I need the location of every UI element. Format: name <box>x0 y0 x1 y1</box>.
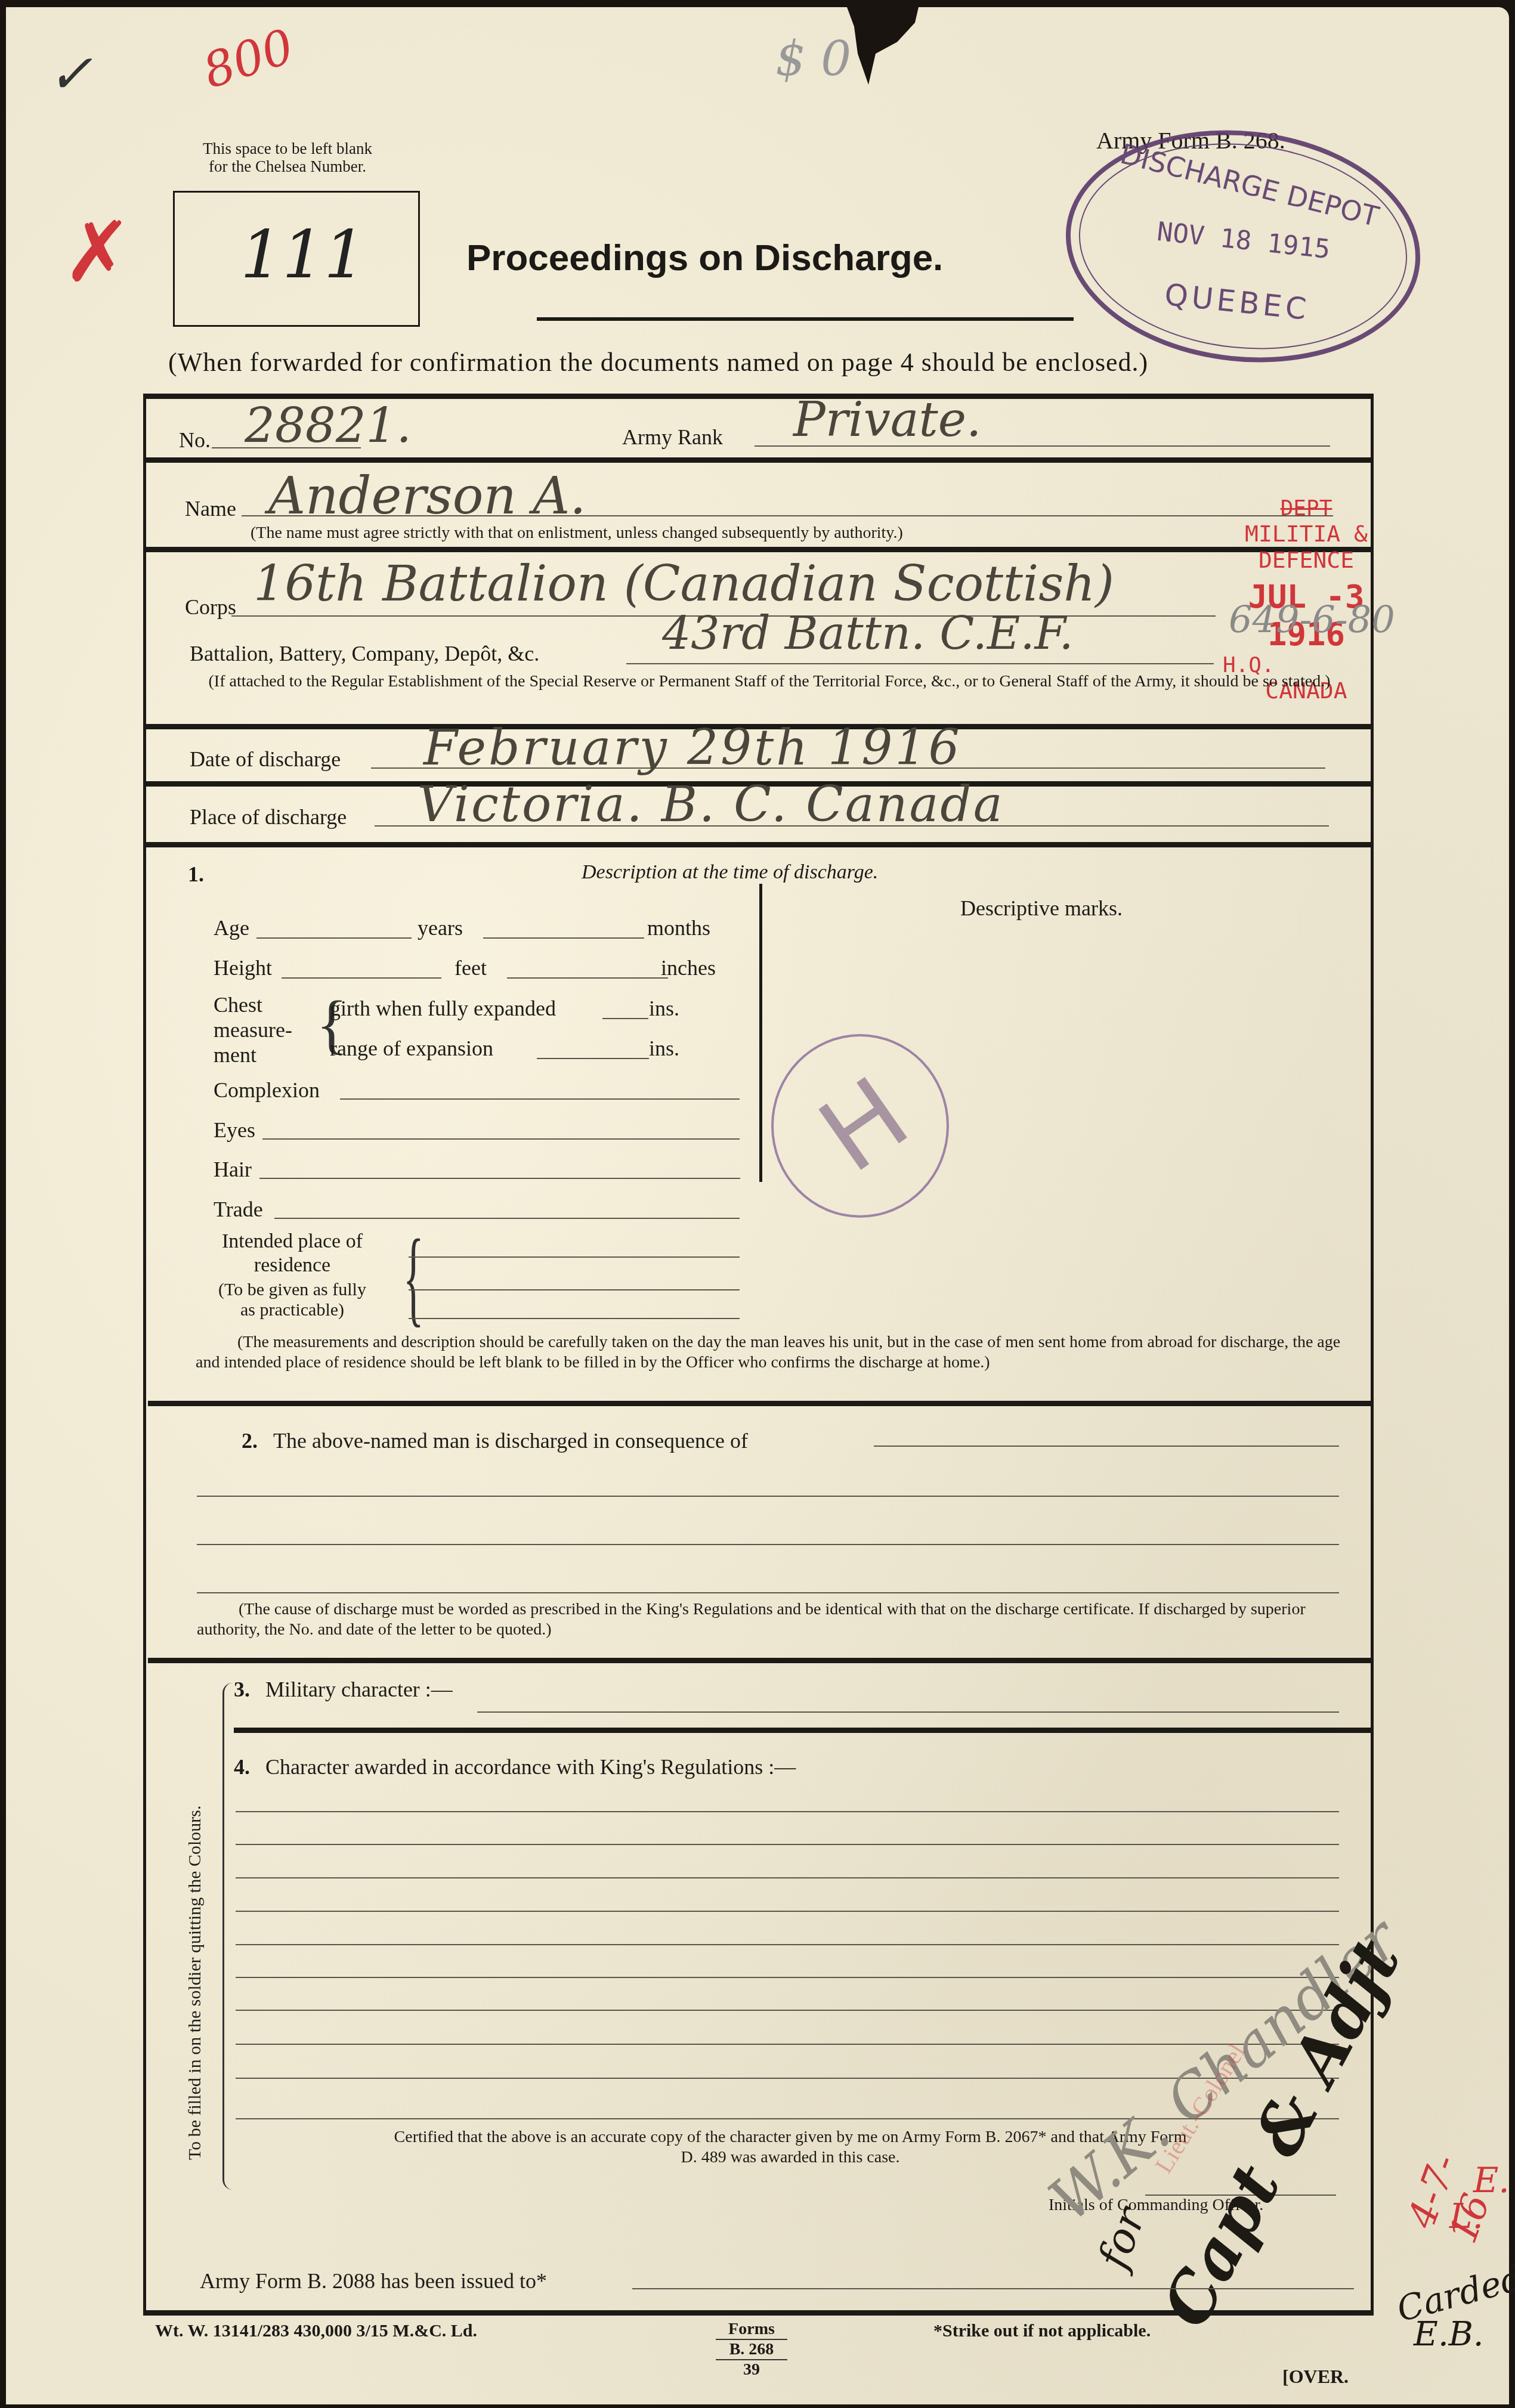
rule <box>234 1728 1373 1733</box>
pencil-top-mark: $ 0 <box>775 31 851 86</box>
issued-label: Army Form B. 2088 has been issued to* <box>200 2268 547 2294</box>
rule <box>143 547 1374 552</box>
residence-field-2[interactable] <box>409 1289 740 1290</box>
attached-note: (If attached to the Regular Establishmen… <box>185 671 1354 692</box>
age-years-field[interactable] <box>256 937 412 939</box>
printer-imprint: Wt. W. 13141/283 430,000 3/15 M.&C. Ld. <box>155 2321 477 2341</box>
character-line-5[interactable] <box>236 1944 1339 1945</box>
date-value[interactable]: February 29th 1916 <box>423 720 962 776</box>
feet-label: feet <box>455 955 487 980</box>
torn-corner <box>847 7 919 85</box>
eyes-label: Eyes <box>214 1118 255 1143</box>
no-label: No. <box>179 428 211 453</box>
eyes-field[interactable] <box>262 1138 740 1140</box>
stamp-militia-line1: DEPT <box>1205 496 1408 521</box>
red-margin-note-l: L. <box>1449 2196 1483 2236</box>
height-feet-field[interactable] <box>282 977 441 979</box>
place-label: Place of discharge <box>190 804 347 830</box>
section2-row: 2.The above-named man is discharged in c… <box>242 1428 748 1453</box>
character-line-8[interactable] <box>236 2044 1339 2045</box>
rank-label: Army Rank <box>622 425 723 450</box>
hair-field[interactable] <box>259 1178 740 1179</box>
character-line-4[interactable] <box>236 1911 1339 1912</box>
range-ins-label: ins. <box>649 1036 679 1061</box>
complexion-label: Complexion <box>214 1078 320 1103</box>
residence-field-3[interactable] <box>409 1318 740 1319</box>
section2-note: (The cause of discharge must be worded a… <box>197 1599 1342 1640</box>
side-brace <box>222 1683 233 2190</box>
no-value[interactable]: 28821. <box>245 398 412 453</box>
rule <box>143 842 1374 847</box>
form-left-border <box>143 394 146 2314</box>
chest-label: Chestmeasure-ment <box>214 992 292 1067</box>
chelsea-note-line2: for the Chelsea Number. <box>162 157 413 175</box>
date-label: Date of discharge <box>190 747 341 772</box>
check-mark-icon: ✓ <box>48 43 92 106</box>
section1-heading: Description at the time of discharge. <box>582 861 878 884</box>
range-field[interactable] <box>537 1058 649 1059</box>
chelsea-note: This space to be left blank for the Chel… <box>162 140 413 175</box>
name-value[interactable]: Anderson A. <box>268 466 586 526</box>
residence-field-1[interactable] <box>409 1256 740 1258</box>
red-margin-number: 800 <box>196 18 300 100</box>
height-label: Height <box>214 955 272 980</box>
discharge-cause-field-4[interactable] <box>197 1592 1339 1593</box>
rule <box>148 1658 1374 1663</box>
character-line-1[interactable] <box>236 1811 1339 1812</box>
inches-label: inches <box>661 955 716 980</box>
character-line-2[interactable] <box>236 1844 1339 1845</box>
section3-row: 3.Military character :— <box>234 1677 453 1702</box>
residence-brace: { <box>403 1224 424 1331</box>
section1-note: (The measurements and description should… <box>196 1332 1341 1373</box>
section1-number: 1. <box>188 862 204 887</box>
girth-label: girth when fully expanded <box>330 996 556 1021</box>
colours-side-note: To be filled in on the soldier quitting … <box>185 1806 205 2161</box>
age-label: Age <box>214 915 249 940</box>
height-inches-field[interactable] <box>507 977 668 979</box>
red-margin-note-e: E. <box>1473 2160 1510 2200</box>
chelsea-number-box[interactable]: 111 <box>173 191 420 327</box>
issued-field[interactable] <box>632 2288 1354 2289</box>
hair-label: Hair <box>214 1157 252 1182</box>
red-x-mark-icon: ✗ <box>63 204 132 301</box>
rule <box>143 457 1374 463</box>
age-months-field[interactable] <box>483 937 644 939</box>
complexion-field[interactable] <box>340 1098 740 1100</box>
corps-value[interactable]: 16th Battalion (Canadian Scottish) <box>253 556 1114 612</box>
pencil-reference: 649-6-80 <box>1229 598 1395 641</box>
carded-initials: E.B. <box>1414 2315 1484 2354</box>
section4-row: 4.Character awarded in accordance with K… <box>234 1754 796 1779</box>
over-marker[interactable]: [OVER. <box>1282 2366 1349 2388</box>
discharge-cause-field-2[interactable] <box>197 1496 1339 1497</box>
girth-field[interactable] <box>602 1018 648 1019</box>
stamp-militia-line2: MILITIA & DEFENCE <box>1205 521 1408 573</box>
chelsea-note-line1: This space to be left blank <box>162 140 413 157</box>
name-note: (The name must agree strictly with that … <box>251 524 903 543</box>
rule <box>143 2310 1374 2316</box>
strike-note: *Strike out if not applicable. <box>933 2321 1151 2341</box>
forms-code: Forms B. 268 39 <box>716 2320 787 2379</box>
corps-label: Corps <box>185 595 236 620</box>
months-label: months <box>647 915 710 940</box>
battalion-value[interactable]: 43rd Battn. C.E.F. <box>662 606 1074 660</box>
rank-value[interactable]: Private. <box>793 392 981 447</box>
h-circle-stamp: H <box>771 1034 949 1218</box>
residence-label: Intended place ofresidence (To be given … <box>185 1230 400 1320</box>
name-label: Name <box>185 496 236 521</box>
descriptive-marks-label[interactable]: Descriptive marks. <box>960 896 1123 921</box>
rule <box>148 1401 1371 1406</box>
section1-divider <box>759 884 762 1182</box>
place-value[interactable]: Victoria. B. C. Canada <box>418 776 1004 833</box>
girth-ins-label: ins. <box>649 996 679 1021</box>
character-line-6[interactable] <box>236 1977 1339 1978</box>
rule <box>626 663 1214 664</box>
subtitle: (When forwarded for confirmation the doc… <box>168 347 1148 377</box>
years-label: years <box>418 915 463 940</box>
title-underline <box>537 317 1074 321</box>
discharge-cause-field-3[interactable] <box>197 1544 1339 1545</box>
trade-label: Trade <box>214 1197 263 1222</box>
range-label: range of expansion <box>330 1036 493 1061</box>
character-line-3[interactable] <box>236 1877 1339 1878</box>
military-character-field[interactable] <box>477 1711 1339 1713</box>
battalion-label: Battalion, Battery, Company, Depôt, &c. <box>190 641 539 666</box>
chelsea-number: 111 <box>240 216 366 293</box>
trade-field[interactable] <box>274 1218 740 1219</box>
page-title: Proceedings on Discharge. <box>466 237 943 279</box>
discharge-cause-field-1[interactable] <box>874 1446 1339 1447</box>
document-page: 800 ✓ ✗ $ 0 This space to be left blank … <box>6 7 1509 2404</box>
character-line-7[interactable] <box>236 2010 1339 2011</box>
